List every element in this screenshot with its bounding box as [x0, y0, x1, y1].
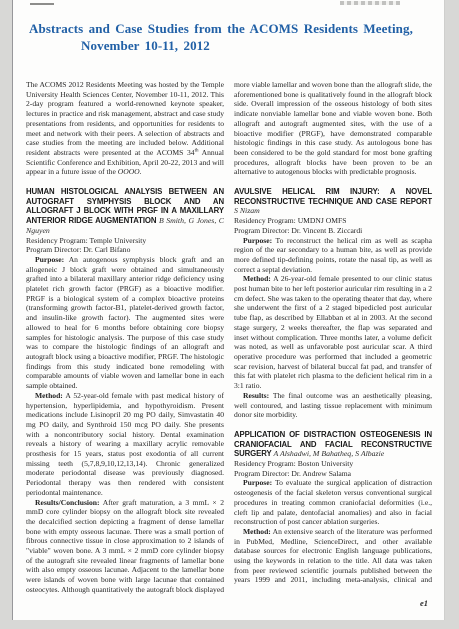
paragraph-text: An autogenous symphysis block graft and … [26, 255, 224, 390]
abstract-3-heading: APPLICATION OF DISTRACTION OSTEOGENESIS … [234, 430, 432, 459]
abstract-3-director-line: Program Director: Dr. Andrew Salama [234, 469, 432, 479]
paragraph-label: Results: [243, 391, 269, 400]
abstract-2-authors: S Nizam [234, 206, 260, 215]
page-title: Abstracts and Case Studies from the ACOM… [29, 20, 434, 54]
two-column-text: The ACOMS 2012 Residents Meeting was hos… [26, 80, 432, 597]
paragraph-label: Purpose: [243, 478, 272, 487]
page-title-line2: November 10-11, 2012 [29, 37, 434, 54]
journal-abbreviation: OOOO [118, 167, 140, 176]
abstract-2-director-line: Program Director: Dr. Vincent B. Ziccard… [234, 226, 432, 236]
paragraph-text: A 52-year-old female with past medical h… [26, 391, 224, 497]
abstract-1-purpose: Purpose: An autogenous symphysis block g… [26, 255, 224, 391]
abstract-2-results: Results: The final outcome was an aesthe… [234, 391, 432, 420]
intro-paragraph: The ACOMS 2012 Residents Meeting was hos… [26, 80, 224, 177]
abstract-2-residency-line: Residency Program: UMDNJ OMFS [234, 216, 432, 226]
paragraph-label: Purpose: [243, 236, 272, 245]
paragraph-label: Purpose: [35, 255, 64, 264]
paragraph-text: A 26-year-old female presented to our cl… [234, 274, 432, 390]
scan-artifact-line [30, 3, 54, 5]
intro-text: The ACOMS 2012 Residents Meeting was hos… [26, 80, 224, 157]
abstract-2-purpose: Purpose: To reconstruct the helical rim … [234, 236, 432, 275]
abstract-3-authors: A Alshadwi, M Bahatheq, S Albazie [274, 449, 385, 458]
abstract-1-director-line: Program Director: Dr. Carl Bifano [26, 245, 224, 255]
paragraph-label: Method: [243, 274, 271, 283]
abstract-1-method: Method: A 52-year-old female with past m… [26, 391, 224, 498]
paragraph-label: Method: [35, 391, 63, 400]
paragraph-label: Results/Conclusion: [35, 498, 100, 507]
intro-period: . [140, 167, 142, 176]
paragraph-label: Method: [243, 527, 271, 536]
abstract-2-method: Method: A 26-year-old female presented t… [234, 274, 432, 390]
abstract-1-heading: HUMAN HISTOLOGICAL ANALYSIS BETWEEN AN A… [26, 187, 224, 236]
abstract-3-purpose: Purpose: To evaluate the surgical applic… [234, 478, 432, 527]
journal-page: Abstracts and Case Studies from the ACOM… [12, 0, 445, 620]
page-number: e1 [420, 598, 428, 608]
abstract-3-residency-line: Residency Program: Boston University [234, 459, 432, 469]
page-title-line1: Abstracts and Case Studies from the ACOM… [29, 20, 434, 37]
abstract-1-residency-line: Residency Program: Temple University [26, 236, 224, 246]
scan-artifact-header-fragment [340, 1, 400, 5]
abstract-2-title: AVULSIVE HELICAL RIM INJURY: A NOVEL REC… [234, 187, 432, 206]
scanned-page-canvas: Abstracts and Case Studies from the ACOM… [0, 0, 459, 629]
abstract-2-heading: AVULSIVE HELICAL RIM INJURY: A NOVEL REC… [234, 187, 432, 216]
